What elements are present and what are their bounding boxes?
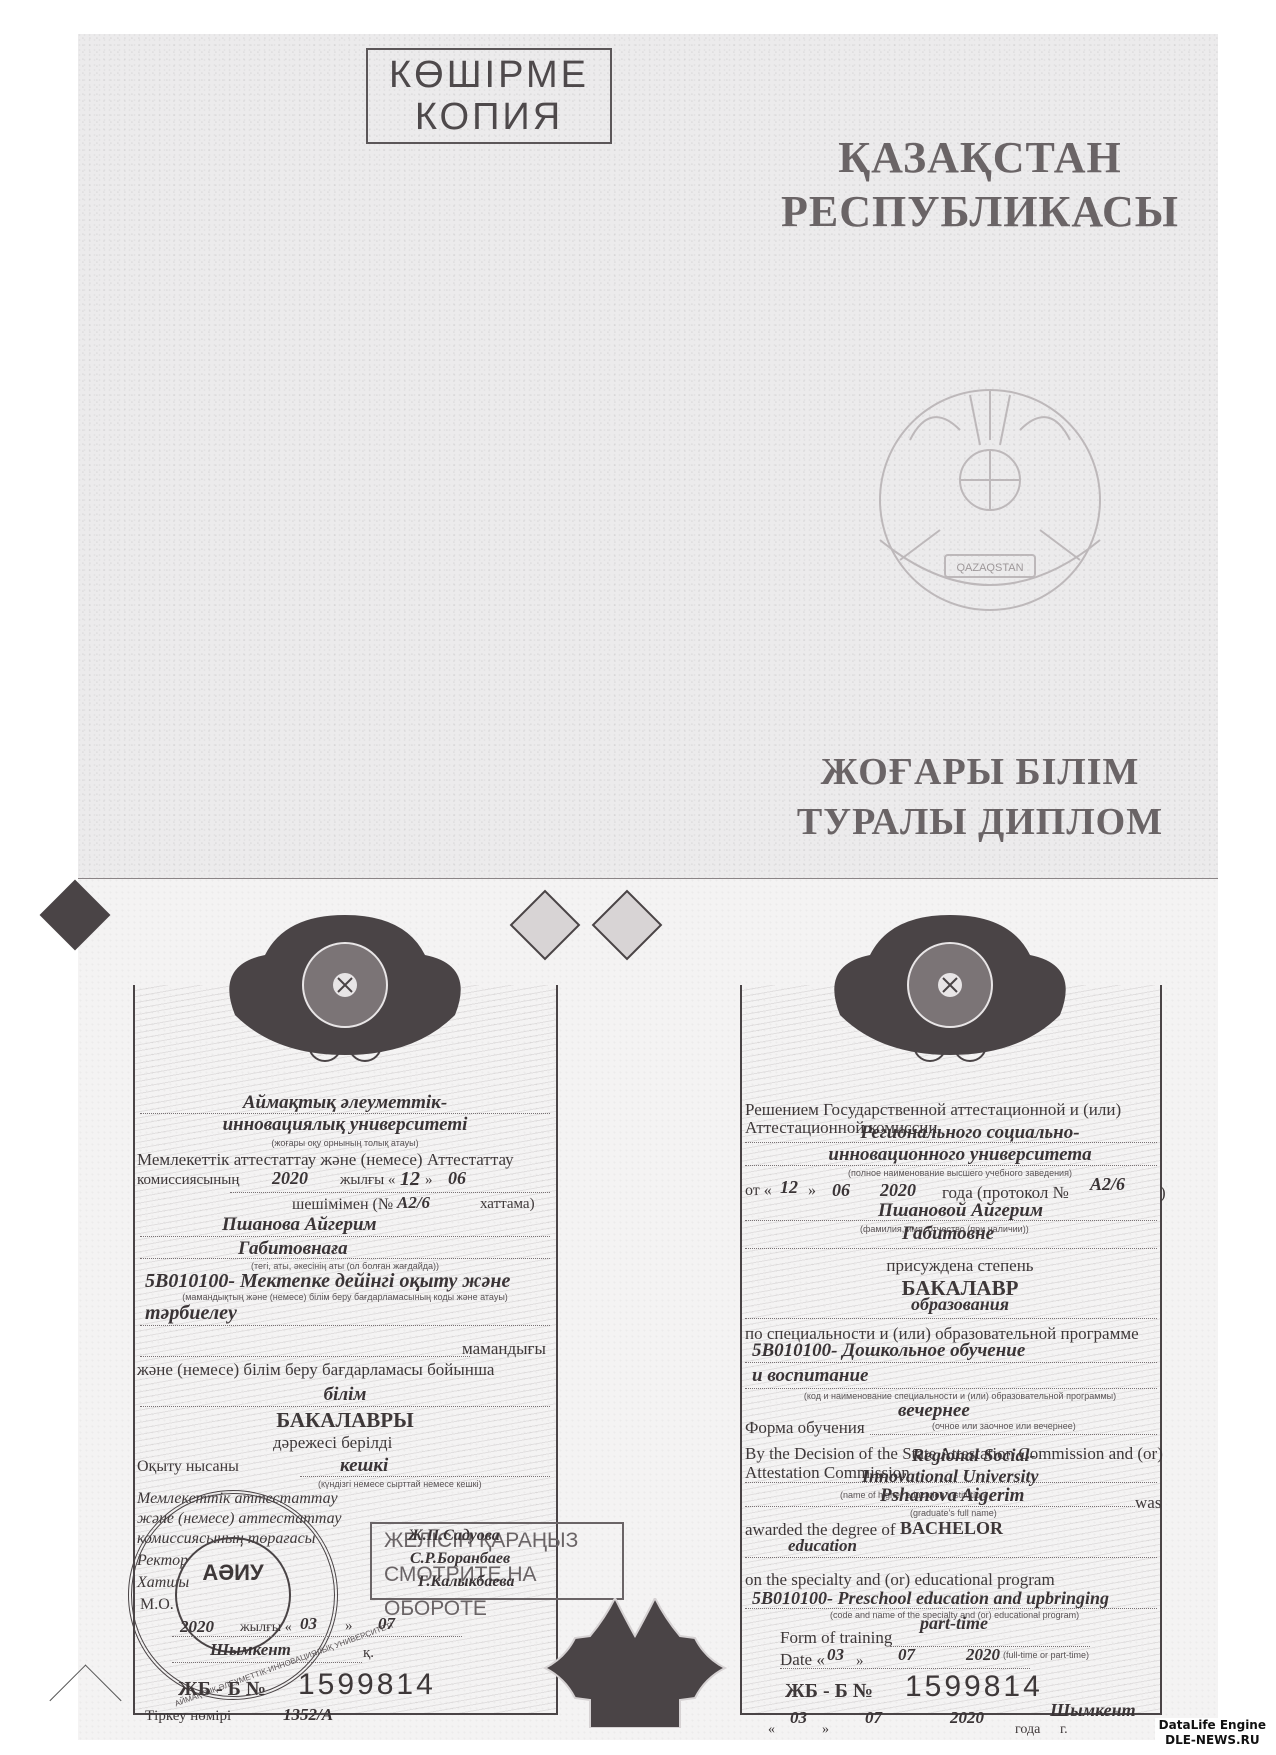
paren-close: ) bbox=[1160, 1183, 1166, 1203]
study-form-hint-kz: (күндізгі немесе сырттай немесе кешкі) bbox=[318, 1479, 482, 1489]
form-hint-en: (full-time or part-time) bbox=[1003, 1650, 1089, 1660]
underline bbox=[745, 1165, 1157, 1166]
copy-stamp-kazakh: КӨШІРМЕ bbox=[368, 54, 610, 96]
date-year-en: 2020 bbox=[966, 1645, 1000, 1665]
underline bbox=[172, 1636, 462, 1637]
registration-number: 1352/А bbox=[283, 1705, 333, 1725]
issue-year-ru: 2020 bbox=[950, 1708, 984, 1728]
document-title-line1: ЖОҒАРЫ БІЛІМ bbox=[760, 750, 1200, 794]
graduate-name-ru-line1: Пшановой Айгерим bbox=[878, 1200, 1043, 1222]
university-name-en-line1: Regional Social- bbox=[912, 1445, 1036, 1466]
program-text-kz: және (немесе) білім беру бағдарламасы бо… bbox=[137, 1360, 494, 1380]
scan-margin bbox=[0, 1740, 1276, 1755]
decision-text-kz: шешімімен (№ bbox=[292, 1196, 393, 1214]
underline bbox=[745, 1248, 1157, 1249]
issue-city-ru: Шымкент bbox=[1050, 1700, 1136, 1721]
decision-text-ru-1: Решением Государственной аттестационной … bbox=[745, 1100, 1121, 1120]
underline bbox=[745, 1362, 1157, 1363]
study-form-hint-ru: (очное или заочное или вечернее) bbox=[932, 1421, 1076, 1431]
document-title-line2: ТУРАЛЫ ДИПЛОМ bbox=[760, 800, 1200, 844]
issue-day-ru: 03 bbox=[790, 1708, 807, 1728]
country-title-line2: РЕСПУБЛИКАСЫ bbox=[760, 186, 1200, 237]
serial-prefix-right: ЖБ - Б № bbox=[785, 1680, 873, 1703]
site-watermark: DataLife Engine DLE-NEWS.RU bbox=[1155, 1718, 1270, 1748]
date-label-en: Date « bbox=[780, 1650, 825, 1670]
protocol-number: А2/6 bbox=[397, 1193, 430, 1213]
degree-field-en: education bbox=[788, 1536, 857, 1556]
degree-given-kz: дәрежесі берілді bbox=[273, 1433, 392, 1453]
underline bbox=[140, 1236, 550, 1237]
program-ru-line2: и воспитание bbox=[752, 1365, 868, 1387]
protocol-number-ru: А2/6 bbox=[1090, 1174, 1125, 1195]
study-form-label-kz: Оқыту нысаны bbox=[137, 1458, 239, 1476]
underline bbox=[745, 1142, 1157, 1143]
commission-text-kz-2: комиссиясының bbox=[137, 1172, 239, 1189]
issue-month-ru: 07 bbox=[865, 1708, 882, 1728]
study-form-ru: вечернее bbox=[898, 1400, 970, 1422]
university-hint: (жоғары оқу орнының толық атауы) bbox=[150, 1138, 540, 1148]
awarded-text-ru: присуждена степень bbox=[760, 1256, 1160, 1276]
decision-month: 06 bbox=[448, 1168, 466, 1189]
underline bbox=[140, 1356, 470, 1357]
decision-day-ru: 12 bbox=[780, 1177, 798, 1198]
program-ru-line1: 5В010100- Дошкольное обучение bbox=[752, 1340, 1025, 1362]
underline bbox=[300, 1476, 550, 1477]
underline bbox=[745, 1388, 1157, 1389]
degree-en: BACHELOR bbox=[900, 1518, 1003, 1539]
emblem-cartouche-icon bbox=[800, 905, 1100, 1075]
specialty-word: мамандығы bbox=[462, 1339, 546, 1359]
svg-text:QAZAQSTAN: QAZAQSTAN bbox=[956, 562, 1023, 574]
year-word-ru: года bbox=[1015, 1722, 1040, 1738]
issue-year-word-kz: жылғы « bbox=[240, 1620, 292, 1636]
signatory-secretary: Г.Калыкбаева bbox=[418, 1573, 514, 1591]
underline bbox=[172, 1662, 362, 1663]
underline bbox=[745, 1557, 1157, 1558]
decision-month-ru: 06 bbox=[832, 1180, 850, 1201]
page-fold-line bbox=[78, 878, 1218, 879]
program-en: 5B010100- Preschool education and upbrin… bbox=[752, 1588, 1109, 1609]
decision-year-ru: 2020 bbox=[880, 1180, 916, 1201]
graduate-name-kz-line1: Пшанова Айгерим bbox=[222, 1214, 377, 1236]
decision-day: 12 bbox=[400, 1168, 420, 1191]
study-form-label-ru: Форма обучения bbox=[745, 1418, 865, 1438]
city-suffix: қ. bbox=[363, 1645, 374, 1662]
underline bbox=[780, 1668, 1030, 1669]
date-month-en: 07 bbox=[898, 1645, 915, 1665]
underline bbox=[870, 1434, 1157, 1435]
date-day-en: 03 bbox=[827, 1645, 844, 1665]
degree-kz: БАКАЛАВРЫ bbox=[150, 1408, 540, 1433]
signatory-chair: Ж.П.Садуова bbox=[408, 1527, 500, 1545]
underline bbox=[140, 1406, 550, 1407]
issue-year-kz: 2020 bbox=[180, 1617, 214, 1637]
registration-label: Тіркеу нөмірі bbox=[145, 1708, 231, 1725]
graduate-name-ru-line2: Габитовне bbox=[902, 1223, 994, 1245]
study-form-en: part-time bbox=[920, 1613, 988, 1634]
degree-field-ru: образования bbox=[760, 1294, 1160, 1315]
serial-number-left: 1599814 bbox=[298, 1668, 436, 1702]
degree-field-kz: білім bbox=[150, 1384, 540, 1406]
commission-text-kz: Мемлекеттік аттестаттау және (немесе) Ат… bbox=[137, 1150, 514, 1170]
year-word: жылғы « bbox=[340, 1172, 395, 1189]
quote-close: » bbox=[808, 1182, 816, 1200]
university-name-kz-line1: Аймақтық әлеуметтік- bbox=[150, 1092, 540, 1114]
was-word: was bbox=[1135, 1493, 1161, 1513]
emblem-cartouche-icon bbox=[195, 905, 495, 1075]
underline bbox=[745, 1506, 1135, 1507]
graduate-name-hint-en: (graduate's full name) bbox=[910, 1508, 997, 1518]
underline bbox=[230, 1192, 550, 1193]
program-kz-line1: 5В010100- Мектепке дейінгі оқыту және bbox=[145, 1270, 510, 1293]
study-form-kz: кешкі bbox=[340, 1455, 388, 1477]
city-prefix-ru: г. bbox=[1060, 1722, 1068, 1738]
issue-city-kz: Шымкент bbox=[210, 1640, 291, 1660]
copy-stamp: КӨШІРМЕ КОПИЯ bbox=[366, 48, 612, 144]
state-emblem-icon: QAZAQSTAN bbox=[840, 370, 1140, 630]
serial-number-right: 1599814 bbox=[905, 1670, 1043, 1704]
country-title-line1: ҚАЗАҚСТАН bbox=[760, 132, 1200, 183]
program-kz-line2: тәрбиелеу bbox=[145, 1302, 237, 1325]
program-text-en: on the specialty and (or) educational pr… bbox=[745, 1570, 1055, 1590]
quote-close: » bbox=[345, 1618, 353, 1635]
ornament-dome-icon bbox=[535, 1598, 735, 1728]
protocol-word: хаттама) bbox=[480, 1196, 535, 1213]
watermark-site: DLE-NEWS.RU bbox=[1159, 1733, 1266, 1748]
issue-month-kz: 07 bbox=[378, 1614, 395, 1634]
quote-close: » bbox=[425, 1172, 433, 1189]
copy-stamp-russian: КОПИЯ bbox=[368, 96, 610, 138]
underline bbox=[140, 1325, 550, 1326]
underline bbox=[140, 1258, 550, 1259]
issue-day-kz: 03 bbox=[300, 1614, 317, 1634]
graduate-name-en: Pshanova Aigerim bbox=[880, 1485, 1024, 1507]
from-word: от « bbox=[745, 1182, 772, 1200]
decision-year: 2020 bbox=[272, 1168, 308, 1189]
issue-close-ru: » bbox=[822, 1722, 829, 1738]
issue-open-ru: « bbox=[768, 1722, 775, 1738]
university-name-ru-line2: инновационного университета bbox=[760, 1144, 1160, 1166]
program-hint: (мамандықтың және (немесе) білім беру ба… bbox=[150, 1292, 540, 1302]
graduate-name-kz-line2: Габитовнаға bbox=[238, 1238, 348, 1260]
underline bbox=[745, 1220, 1157, 1221]
university-name-ru-line1: Регионального социально- bbox=[770, 1122, 1170, 1144]
underline bbox=[745, 1318, 1157, 1319]
signatory-rector: С.Р.Боранбаев bbox=[410, 1550, 510, 1568]
university-name-kz-line2: инновациялық университеті bbox=[150, 1114, 540, 1136]
serial-prefix-left: ЖБ - Б № bbox=[178, 1678, 266, 1701]
watermark-engine: DataLife Engine bbox=[1159, 1718, 1266, 1733]
underline bbox=[745, 1608, 1157, 1609]
university-name-en-line2: Innovational University bbox=[862, 1466, 1039, 1487]
